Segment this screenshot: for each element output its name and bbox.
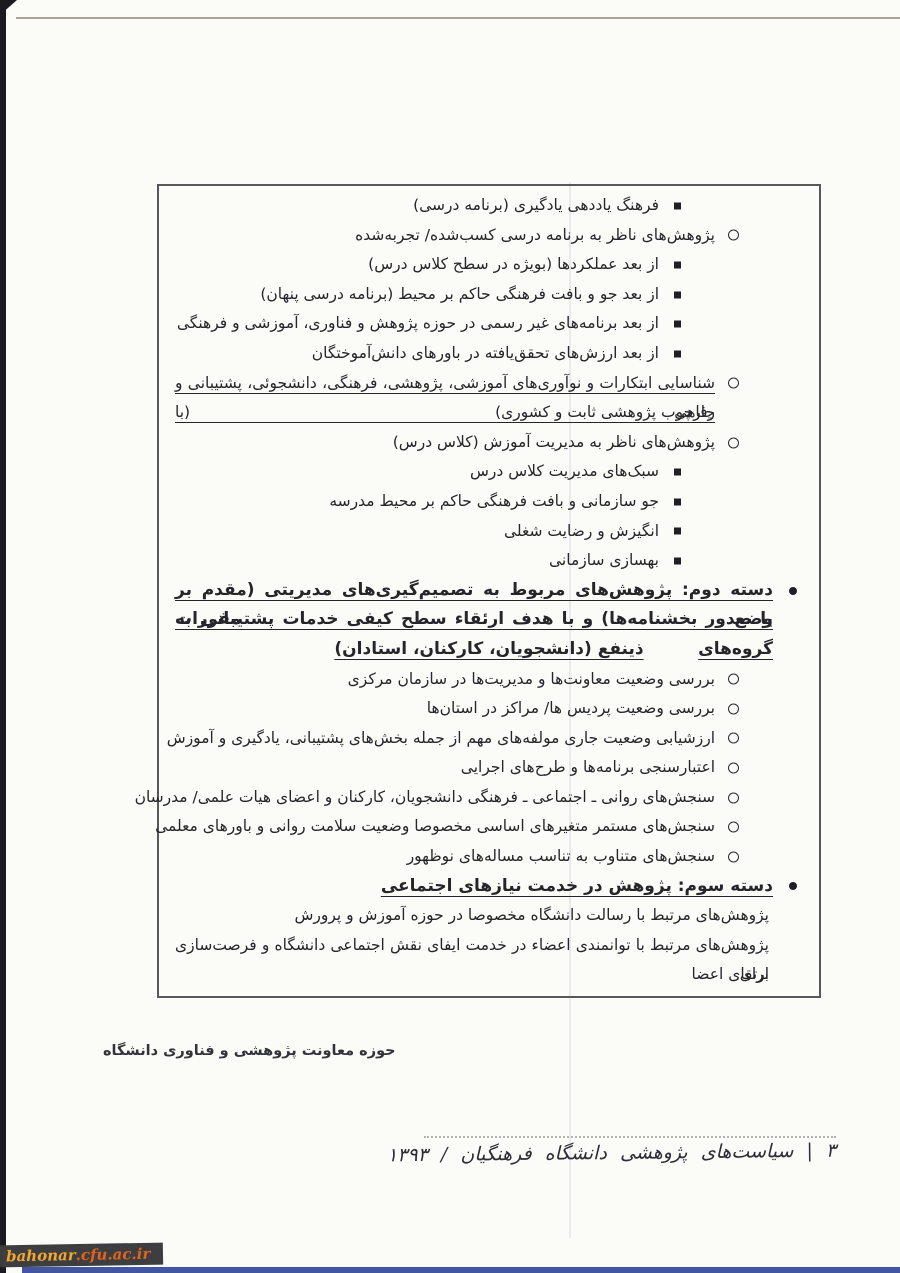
document-line: از بعد ارزش‌های تحقق‌یافته در باورهای دا… xyxy=(159,339,819,369)
document-line-text: ارتقای اعضا xyxy=(692,965,769,983)
document-line: بررسی وضعیت پردیس ها/ مراکز در استان‌ها xyxy=(159,694,819,724)
disc-bullet-icon xyxy=(789,587,797,595)
document-line: سنجش‌های روانی ـ اجتماعی ـ فرهنگی دانشجو… xyxy=(159,783,819,813)
square-bullet-icon xyxy=(674,350,681,357)
document-line: ارزشیابی وضعیت جاری مولفه‌های مهم از جمل… xyxy=(159,724,819,754)
document-line: انگیزش و رضایت شغلی xyxy=(159,517,819,547)
circle-bullet-icon xyxy=(728,733,739,744)
disc-bullet-icon xyxy=(789,882,797,890)
watermark-strip: bahonar.cfu.ac.ir xyxy=(0,1243,163,1268)
document-line-text: پژوهش‌های ناظر به مدیریت آموزش (کلاس درس… xyxy=(393,433,715,451)
square-bullet-icon xyxy=(674,202,681,209)
document-line: پژوهش‌های مرتبط با رسالت دانشگاه مخصوصا … xyxy=(159,901,819,931)
document-line: یا صدور بخشنامه‌ها) و با هدف ارئقاء سطح … xyxy=(159,605,819,635)
circle-bullet-icon xyxy=(728,230,739,241)
document-line-text: دسته سوم: پژوهش در خدمت نیازهای اجتماعی xyxy=(381,876,773,896)
document-line-text: سنجش‌های متناوب به تناسب مساله‌های نوظهو… xyxy=(407,847,715,865)
document-line: فرهنگ یاددهی یادگیری (برنامه درسی) xyxy=(159,191,819,221)
document-line: از بعد برنامه‌های غیر رسمی در حوزه پژوهش… xyxy=(159,309,819,339)
square-bullet-icon xyxy=(674,528,681,535)
document-box: فرهنگ یاددهی یادگیری (برنامه درسی)پژوهش‌… xyxy=(157,184,821,998)
circle-bullet-icon xyxy=(728,378,739,389)
circle-bullet-icon xyxy=(728,437,739,448)
document-line-text: پژوهش‌های ناظر به برنامه درسی کسب‌شده/ ت… xyxy=(355,226,715,244)
bottom-blue-bar xyxy=(22,1267,900,1273)
document-line-text: اعتبارسنجی برنامه‌ها و طرح‌های اجرایی xyxy=(461,758,715,776)
document-line: پژوهش‌های ناظر به برنامه درسی کسب‌شده/ ت… xyxy=(159,221,819,251)
document-line: سنجش‌های متناوب به تناسب مساله‌های نوظهو… xyxy=(159,842,819,872)
document-line: اعتبارسنجی برنامه‌ها و طرح‌های اجرایی xyxy=(159,753,819,783)
document-line: پژوهش‌های ناظر به مدیریت آموزش (کلاس درس… xyxy=(159,428,819,458)
document-line-text: بررسی وضعیت پردیس ها/ مراکز در استان‌ها xyxy=(427,699,715,717)
document-line: جو سازمانی و بافت فرهنگی حاکم بر محیط مد… xyxy=(159,487,819,517)
square-bullet-icon xyxy=(674,469,681,476)
document-line: از بعد جو و بافت فرهنگی حاکم بر محیط (بر… xyxy=(159,280,819,310)
document-line: دسته دوم: پژوهش‌های مربوط به تصمیم‌گیری‌… xyxy=(159,576,819,606)
document-line-text: ارزشیابی وضعیت جاری مولفه‌های مهم از جمل… xyxy=(167,729,715,747)
handwritten-footer: ۳ | سیاست‌های پژوهشی دانشگاه فرهنگیان / … xyxy=(387,1140,836,1167)
document-line-text: از بعد ارزش‌های تحقق‌یافته در باورهای دا… xyxy=(312,344,659,362)
document-line-text: پژوهش‌های مرتبط با رسالت دانشگاه مخصوصا … xyxy=(294,906,769,924)
document-line: سنجش‌های مستمر متغیرهای اساسی مخصوصا وضع… xyxy=(159,812,819,842)
scan-left-edge xyxy=(0,0,6,1273)
document-line-text: سنجش‌های روانی ـ اجتماعی ـ فرهنگی دانشجو… xyxy=(135,788,715,806)
document-line: سبک‌های مدیریت کلاس درس xyxy=(159,457,819,487)
document-line-text: سبک‌های مدیریت کلاس درس xyxy=(470,462,659,480)
document-line-text: انگیزش و رضایت شغلی xyxy=(504,522,659,540)
department-footer: حوزه معاونت پژوهشی و فناوری دانشگاه xyxy=(103,1043,396,1059)
document-line: بررسی وضعیت معاونت‌ها و مدیریت‌ها در ساز… xyxy=(159,665,819,695)
watermark-site-domain: .cfu.ac.ir xyxy=(76,1245,151,1264)
document-line-text: ذینفع (دانشجویان، کارکنان، استادان) xyxy=(334,639,643,659)
document-line-text: بهسازی سازمانی xyxy=(549,551,659,569)
document-line-text: فرهنگ یاددهی یادگیری (برنامه درسی) xyxy=(413,196,659,214)
square-bullet-icon xyxy=(674,261,681,268)
document-line-text: از بعد جو و بافت فرهنگی حاکم بر محیط (بر… xyxy=(260,285,659,303)
document-line: چارچوب پژوهشی ثابت و کشوری) xyxy=(159,398,819,428)
document-line: ارتقای اعضا xyxy=(159,960,819,990)
circle-bullet-icon xyxy=(728,763,739,774)
square-bullet-icon xyxy=(674,291,681,298)
circle-bullet-icon xyxy=(728,822,739,833)
document-line-text: بررسی وضعیت معاونت‌ها و مدیریت‌ها در ساز… xyxy=(348,670,715,688)
square-bullet-icon xyxy=(674,557,681,564)
circle-bullet-icon xyxy=(728,792,739,803)
circle-bullet-icon xyxy=(728,703,739,714)
document-line-text: سنجش‌های مستمر متغیرهای اساسی مخصوصا وضع… xyxy=(155,817,715,835)
document-line-text: از بعد عملکردها (بویژه در سطح کلاس درس) xyxy=(368,255,659,273)
document-line: پژوهش‌های مرتبط با توانمندی اعضاء در خدم… xyxy=(159,931,819,961)
square-bullet-icon xyxy=(674,321,681,328)
document-line: ذینفع (دانشجویان، کارکنان، استادان) xyxy=(159,635,819,665)
document-line: بهسازی سازمانی xyxy=(159,546,819,576)
circle-bullet-icon xyxy=(728,674,739,685)
square-bullet-icon xyxy=(674,498,681,505)
document-line-text: از بعد برنامه‌های غیر رسمی در حوزه پژوهش… xyxy=(177,314,659,332)
document-line-text: چارچوب پژوهشی ثابت و کشوری) xyxy=(495,403,715,421)
document-line: از بعد عملکردها (بویژه در سطح کلاس درس) xyxy=(159,250,819,280)
scan-corner-wedge xyxy=(0,0,17,15)
scanned-page: { "document": { "lines": [ {"text": "فره… xyxy=(0,0,900,1273)
scan-top-line xyxy=(16,17,900,19)
document-line: شناسایی ابتکارات و نوآوری‌های آموزشی، پژ… xyxy=(159,369,819,399)
footer-dotted-rule xyxy=(424,1136,836,1138)
document-line: دسته سوم: پژوهش در خدمت نیازهای اجتماعی xyxy=(159,872,819,902)
document-line-text: جو سازمانی و بافت فرهنگی حاکم بر محیط مد… xyxy=(329,492,659,510)
watermark-site-name: bahonar xyxy=(6,1246,76,1265)
circle-bullet-icon xyxy=(728,851,739,862)
